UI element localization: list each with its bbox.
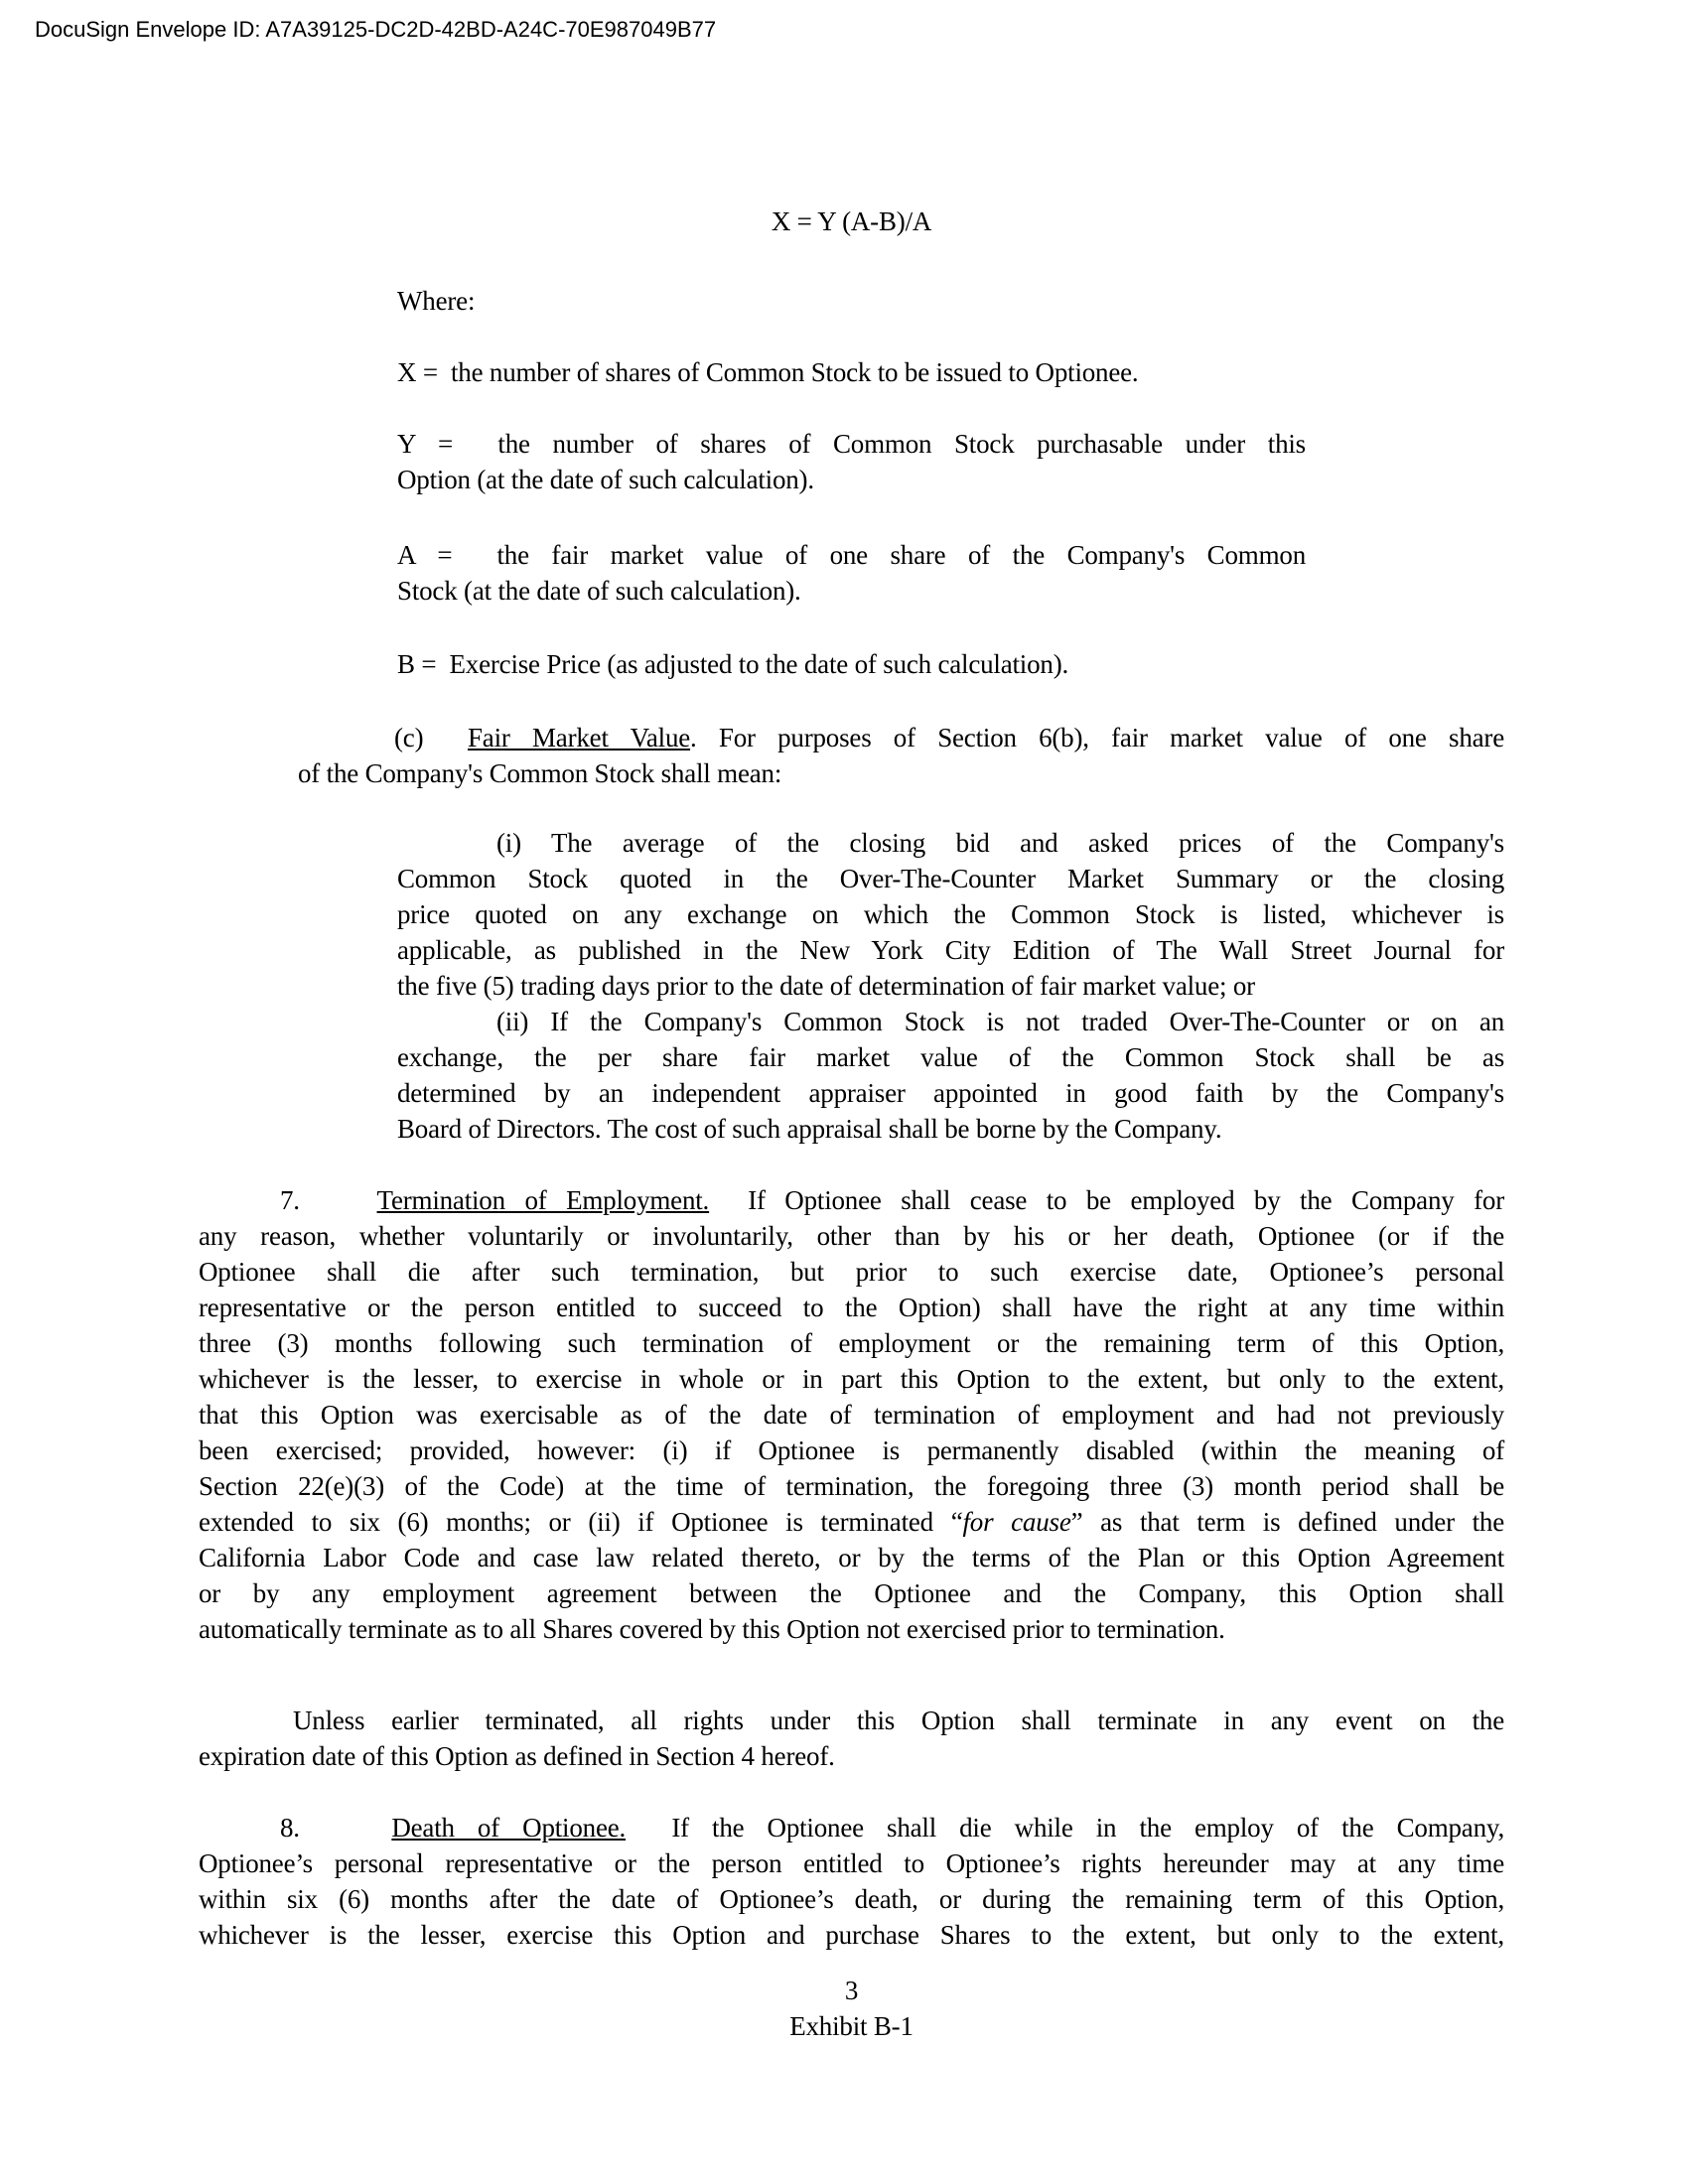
text-line: X = the number of shares of Common Stock…: [397, 354, 1306, 390]
text-line: Optionee shall die after such terminatio…: [199, 1254, 1504, 1290]
text-line: extended to six (6) months; or (ii) if O…: [199, 1504, 1504, 1540]
text-line: expiration date of this Option as define…: [199, 1738, 1504, 1774]
text-line: whichever is the lesser, exercise this O…: [199, 1917, 1504, 1953]
text-line: the five (5) trading days prior to the d…: [397, 968, 1504, 1004]
text-line: that this Option was exercisable as of t…: [199, 1397, 1504, 1433]
text-line: (c) Fair Market Value. For purposes of S…: [298, 720, 1504, 755]
text-line: California Labor Code and case law relat…: [199, 1540, 1504, 1575]
text-line: of the Company's Common Stock shall mean…: [298, 755, 1504, 791]
text-line: 8. Death of Optionee. If the Optionee sh…: [199, 1810, 1504, 1845]
page-number: 3: [199, 1973, 1504, 2008]
text-line: Common Stock quoted in the Over-The-Coun…: [397, 861, 1504, 896]
para-fmv-item-i: (i) The average of the closing bid and a…: [397, 825, 1504, 1004]
text-line: Y = the number of shares of Common Stock…: [397, 426, 1306, 462]
text-line: or by any employment agreement between t…: [199, 1575, 1504, 1611]
text-line: Stock (at the date of such calculation).: [397, 573, 1306, 609]
text-line: any reason, whether voluntarily or invol…: [199, 1218, 1504, 1254]
para-death-of-optionee: 8. Death of Optionee. If the Optionee sh…: [199, 1810, 1504, 1953]
definition-y: Y = the number of shares of Common Stock…: [397, 426, 1306, 497]
underlined-text: Termination of Employment.: [377, 1185, 710, 1215]
where-label: Where:: [397, 283, 1504, 319]
para-fair-market-value: (c) Fair Market Value. For purposes of S…: [298, 720, 1504, 791]
definition-b: B = Exercise Price (as adjusted to the d…: [397, 646, 1306, 682]
text-line: determined by an independent appraiser a…: [397, 1075, 1504, 1111]
text-line: price quoted on any exchange on which th…: [397, 896, 1504, 932]
text-line: 7. Termination of Employment. If Optione…: [199, 1182, 1504, 1218]
para-termination-of-employment: 7. Termination of Employment. If Optione…: [199, 1182, 1504, 1647]
text-line: within six (6) months after the date of …: [199, 1881, 1504, 1917]
definition-a: A = the fair market value of one share o…: [397, 537, 1306, 609]
text-line: Option (at the date of such calculation)…: [397, 462, 1306, 497]
text-line: Section 22(e)(3) of the Code) at the tim…: [199, 1468, 1504, 1504]
text-line: automatically terminate as to all Shares…: [199, 1611, 1504, 1647]
para-unless-terminated: Unless earlier terminated, all rights un…: [199, 1703, 1504, 1774]
para-fmv-item-ii: (ii) If the Company's Common Stock is no…: [397, 1004, 1504, 1147]
text-line: exchange, the per share fair market valu…: [397, 1039, 1504, 1075]
document-page: DocuSign Envelope ID: A7A39125-DC2D-42BD…: [0, 0, 1688, 2184]
text-line: applicable, as published in the New York…: [397, 932, 1504, 968]
definition-x: X = the number of shares of Common Stock…: [397, 354, 1306, 390]
text-line: Optionee’s personal representative or th…: [199, 1845, 1504, 1881]
document-body: X = Y (A-B)/A Where: X = the number of s…: [199, 0, 1504, 2044]
text-line: Board of Directors. The cost of such app…: [397, 1111, 1504, 1147]
underlined-text: Fair Market Value: [468, 723, 690, 752]
underlined-text: Death of Optionee.: [391, 1813, 626, 1843]
text-line: B = Exercise Price (as adjusted to the d…: [397, 646, 1306, 682]
exhibit-label: Exhibit B-1: [199, 2008, 1504, 2044]
text-line: (i) The average of the closing bid and a…: [397, 825, 1504, 861]
text-line: Unless earlier terminated, all rights un…: [199, 1703, 1504, 1738]
text-line: representative or the person entitled to…: [199, 1290, 1504, 1325]
italic-text: for cause: [962, 1507, 1070, 1537]
text-line: been exercised; provided, however: (i) i…: [199, 1433, 1504, 1468]
text-line: three (3) months following such terminat…: [199, 1325, 1504, 1361]
formula-equation: X = Y (A-B)/A: [199, 204, 1504, 239]
text-line: (ii) If the Company's Common Stock is no…: [397, 1004, 1504, 1039]
text-line: whichever is the lesser, to exercise in …: [199, 1361, 1504, 1397]
text-line: A = the fair market value of one share o…: [397, 537, 1306, 573]
